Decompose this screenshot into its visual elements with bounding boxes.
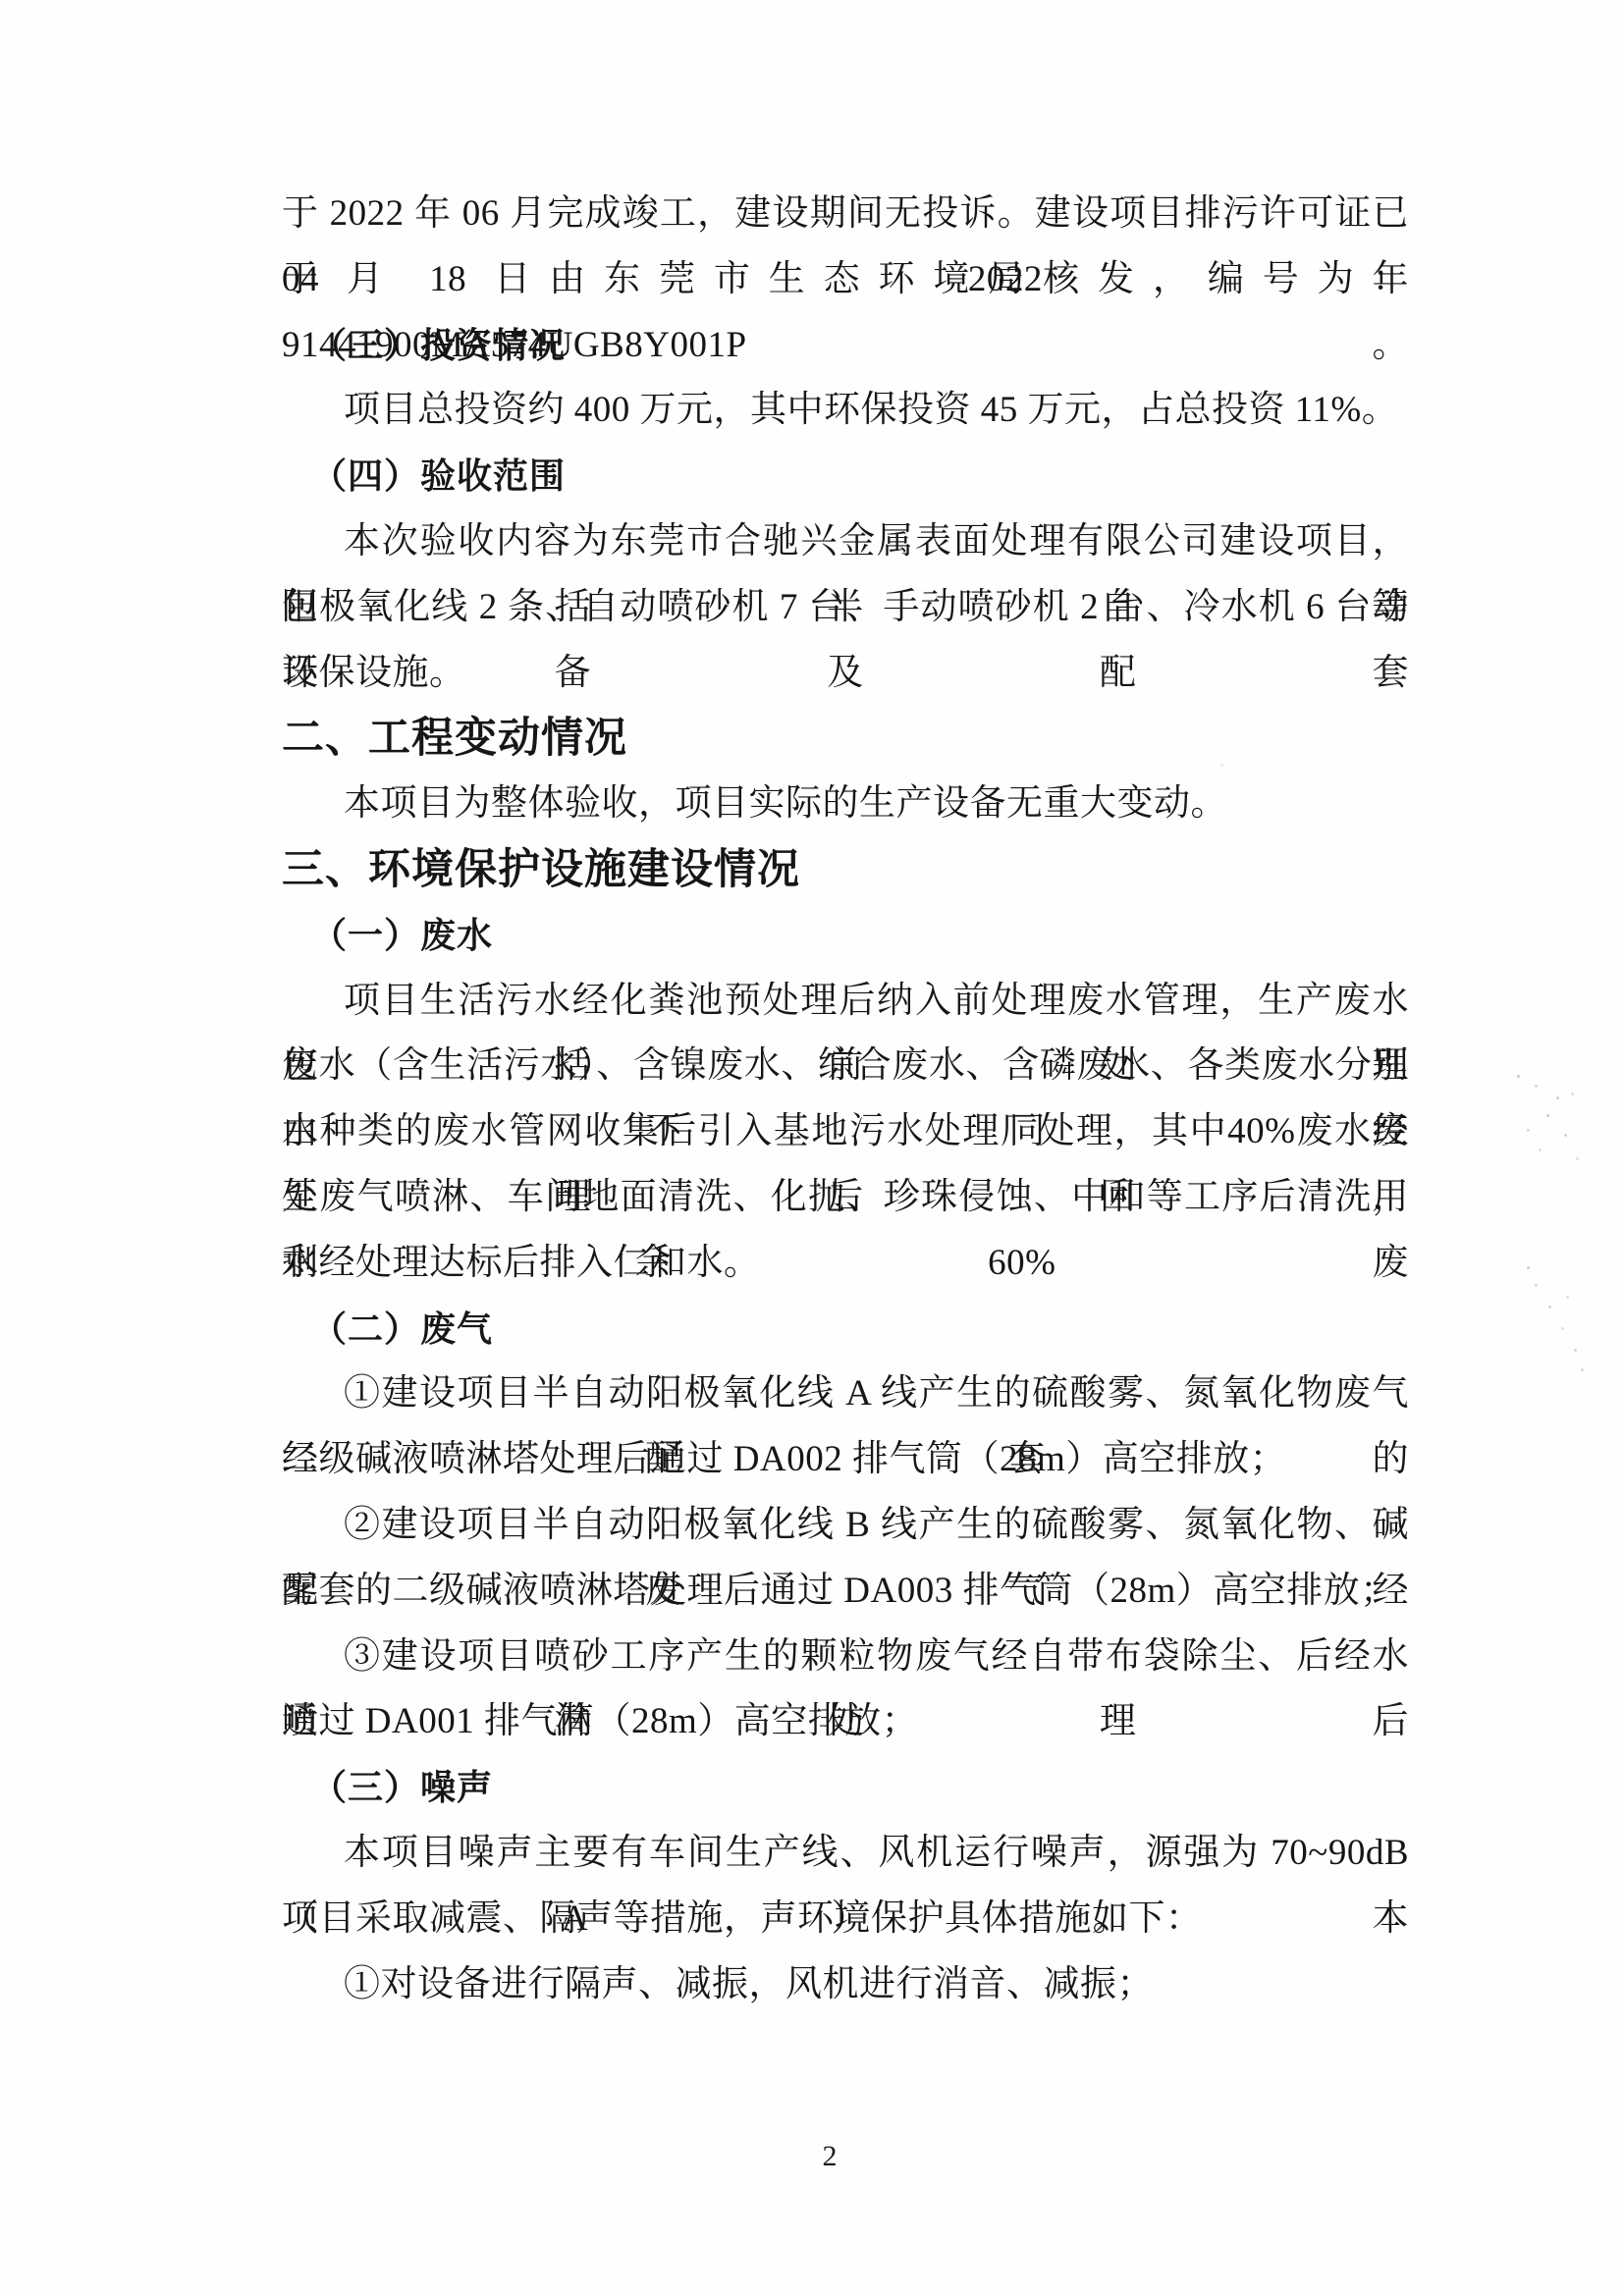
body-line: 二级碱液喷淋塔处理后通过 DA002 排气筒（28m）高空排放；	[282, 1427, 1409, 1493]
body-line: 项目总投资约 400 万元，其中环保投资 45 万元，占总投资 11%。	[282, 378, 1409, 444]
body-line: 于 2022 年 06 月完成竣工，建设期间无投诉。建设项目排污许可证已于 20…	[282, 182, 1409, 247]
scan-artifact-speckles	[1527, 1266, 1530, 1269]
body-line: ①对设备进行隔声、减振，风机进行消音、减振；	[282, 1952, 1409, 2018]
section-heading-scope: （四）验收范围	[282, 444, 1409, 509]
document-text-block: 于 2022 年 06 月完成竣工，建设期间无投诉。建设项目排污许可证已于 20…	[282, 182, 1409, 2017]
body-line: ②建设项目半自动阳极氧化线 B 线产生的硫酸雾、氮氧化物、碱雾废气经	[282, 1493, 1409, 1559]
body-line: 本次验收内容为东莞市合驰兴金属表面处理有限公司建设项目，包括半自动	[282, 509, 1409, 575]
chapter-3-env-protection-facilities: 三、环境保护设施建设情况 （一）废水 项目生活污水经化粪池预处理后纳入前处理废水…	[282, 837, 1409, 2017]
scan-artifact-speckles	[1517, 1075, 1520, 1078]
body-line: 04 月 18 日由东莞市生态环境局核发，编号为：91441900MA574UG…	[282, 247, 1409, 313]
chapter-heading: 二、工程变动情况	[282, 706, 1409, 772]
section-noise: （三）噪声 本项目噪声主要有车间生产线、风机运行噪声，源强为 70~90dB（A…	[282, 1755, 1409, 2017]
body-line: 阳极氧化线 2 条、自动喷砂机 7 台、手动喷砂机 2 台、冷水机 6 台等设备…	[282, 575, 1409, 641]
page-number: 2	[0, 2138, 1624, 2175]
body-line: 水种类的废水管网收集后引入基地污水处理厂处理，其中40%废水经处理后回用	[282, 1099, 1409, 1165]
body-line: ③建设项目喷砂工序产生的颗粒物废气经自带布袋除尘、后经水喷淋处理后	[282, 1625, 1409, 1690]
scan-artifact-dot	[1220, 764, 1223, 767]
section-heading-waste-gas: （二）废气	[282, 1297, 1409, 1362]
scanned-document-page: 于 2022 年 06 月完成竣工，建设期间无投诉。建设项目排污许可证已于 20…	[0, 0, 1624, 2296]
chapter-heading: 三、环境保护设施建设情况	[282, 837, 1409, 903]
body-line: 本项目噪声主要有车间生产线、风机运行噪声，源强为 70~90dB（A）。本	[282, 1821, 1409, 1887]
body-line: 废水（含生活污水）、含镍废水、综合废水、含磷废水、各类废水分别由不同废	[282, 1034, 1409, 1099]
chapter-2-project-changes: 二、工程变动情况 本项目为整体验收，项目实际的生产设备无重大变动。	[282, 706, 1409, 837]
body-line: 至废气喷淋、车间地面清洗、化抛、珍珠侵蚀、中和等工序后清洗，剩余60%废	[282, 1165, 1409, 1231]
body-line: ①建设项目半自动阳极氧化线 A 线产生的硫酸雾、氮氧化物废气经配套的	[282, 1362, 1409, 1427]
section-heading-wastewater: （一）废水	[282, 903, 1409, 969]
section-waste-gas: （二）废气 ①建设项目半自动阳极氧化线 A 线产生的硫酸雾、氮氧化物废气经配套的…	[282, 1297, 1409, 1756]
body-line: 项目生活污水经化粪池预处理后纳入前处理废水管理，生产废水包括前处理	[282, 969, 1409, 1035]
section-intro: 于 2022 年 06 月完成竣工，建设期间无投诉。建设项目排污许可证已于 20…	[282, 182, 1409, 313]
section-wastewater: （一）废水 项目生活污水经化粪池预处理后纳入前处理废水管理，生产废水包括前处理 …	[282, 903, 1409, 1297]
section-acceptance-scope: （四）验收范围 本次验收内容为东莞市合驰兴金属表面处理有限公司建设项目，包括半自…	[282, 444, 1409, 706]
body-line: 本项目为整体验收，项目实际的生产设备无重大变动。	[282, 772, 1409, 837]
body-line: 配套的二级碱液喷淋塔处理后通过 DA003 排气筒（28m）高空排放；	[282, 1559, 1409, 1625]
section-heading-noise: （三）噪声	[282, 1755, 1409, 1821]
